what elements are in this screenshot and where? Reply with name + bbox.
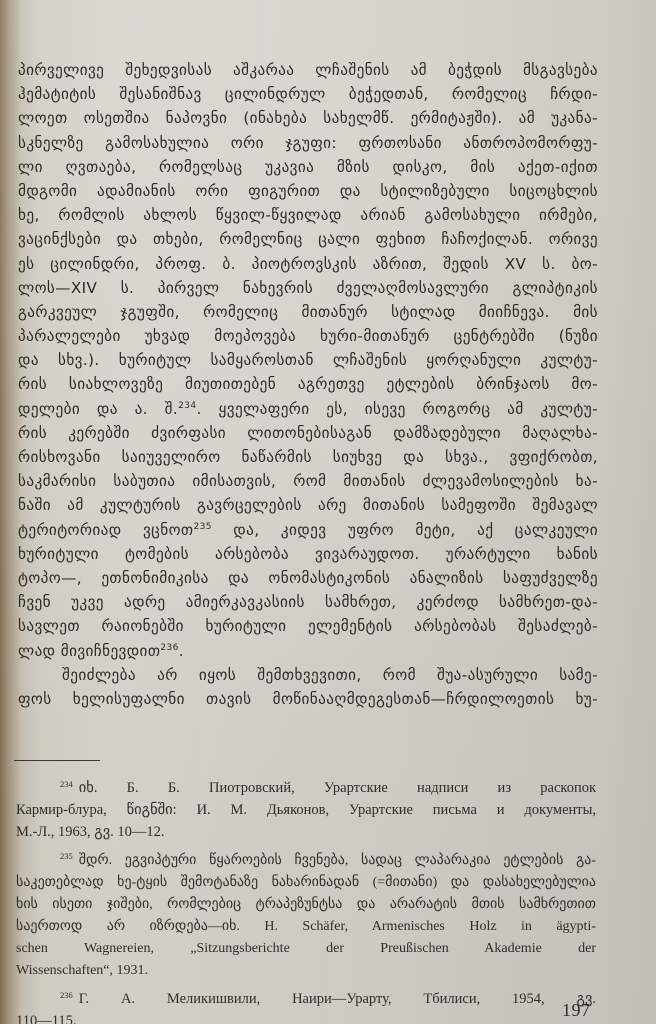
- text-line: ტოპო—, ეთნონიმიკისა და ონომასტიკონის ანა…: [18, 566, 598, 590]
- text-line: სკნელზე გამოსახულია ორი ჯგუფი: ფრთოსანი …: [18, 131, 598, 155]
- footnote-line: 236Г. А. Меликишвили, Наири—Урарту, Тбил…: [16, 984, 596, 1010]
- paragraph-2: შეიძლება არ იყოს შემთხვევითი, რომ შუა-ას…: [18, 663, 598, 711]
- footnotes: 234იხ. Б. Б. Пиотровский, Урартские надп…: [16, 773, 596, 1024]
- text-line: პარალელები უხვად მოეპოვება ხური-მითანურ …: [18, 324, 598, 348]
- text-line: ტერიტორიად ვცნოთ235 და, კიდევ უფრო მეტი,…: [18, 518, 598, 542]
- text-line: მდგომი ადამიანის ორი ფიგურით და სტილიზებ…: [18, 179, 598, 203]
- text-line: ნაში ამ კულტურის გავრცელების არე მითანის…: [18, 493, 598, 517]
- text-line: ლად მივიჩნევდით236.: [18, 639, 598, 663]
- text-line: საკმარისი საბუთია იმისათვის, რომ მითანის…: [18, 469, 598, 493]
- footnote-234: 234იხ. Б. Б. Пиотровский, Урартские надп…: [16, 773, 596, 843]
- text-line: და სხვ.). ხურიტულ სამყაროსთან ლჩაშენის ყ…: [18, 348, 598, 372]
- main-text: პირველივე შეხედვისას აშკარაა ლჩაშენის ამ…: [18, 58, 598, 711]
- text-line: ფოს ხელისუფალნი თავის მოწინააღმდეგესთან—…: [18, 687, 598, 711]
- text-line: რისხოვანი საიუველირო ნაწარმის სიუხვე და …: [18, 445, 598, 469]
- footnote-236: 236Г. А. Меликишвили, Наири—Урарту, Тбил…: [16, 984, 596, 1024]
- footnote-ref[interactable]: 235: [193, 522, 211, 532]
- text-line: ხურიტული ტომების არსებობა ვივარაუდოთ. ურ…: [18, 542, 598, 566]
- text-line: პირველივე შეხედვისას აშკარაა ლჩაშენის ამ…: [18, 58, 598, 82]
- paragraph-1: პირველივე შეხედვისას აშკარაა ლჩაშენის ამ…: [18, 58, 598, 663]
- text-line: დელები და ა. შ.234. ყველაფერი ეს, ისევე …: [18, 397, 598, 421]
- text-line: სავლეთ რაიონებში ხურიტული ელემენტის არსე…: [18, 614, 598, 638]
- footnote-line: schen Wagnereien, „Sitzungsberichte der …: [16, 938, 596, 960]
- text-line: ვაცინქსები და თხები, რომელნიც ცალი ფეხით…: [18, 227, 598, 251]
- book-page: პირველივე შეხედვისას აშკარაა ლჩაშენის ამ…: [0, 0, 656, 1024]
- footnote-line: ხის ისეთი ჯიშები, რომლებიც ტრაპეზუნტსა დ…: [16, 894, 596, 916]
- footnote-line: 234იხ. Б. Б. Пиотровский, Урартские надп…: [16, 773, 596, 799]
- text-line: რის კერებში ძვირფასი ლითონებისაგან დამზა…: [18, 421, 598, 445]
- footnote-ref[interactable]: 236: [160, 643, 178, 653]
- text-line: ლი ღვთაება, რომელსაც უკავია მზის დისკო, …: [18, 155, 598, 179]
- page-number: 197: [562, 1000, 591, 1021]
- footnote-number: 234: [60, 779, 73, 789]
- footnote-line: საერთოდ არ იზრდება—იხ. H. Schäfer, Armen…: [16, 916, 596, 938]
- text-line: ჩვენ უკვე ადრე ამიერკავკასიის სამხრეთ, კ…: [18, 590, 598, 614]
- footnote-line: 110—115.: [16, 1010, 596, 1024]
- text-line: ლოს—XIV ს. პირველ ნახევრის ძველაღმოსავლუ…: [18, 276, 598, 300]
- text-line: გარკვეულ ჯგუფში, რომელიც მითანურ სტილად …: [18, 300, 598, 324]
- footnote-line: საკეთებლად ხე-ტყის შემოტანაზე ნახარინადა…: [16, 872, 596, 894]
- footnote-separator: [14, 760, 100, 761]
- footnote-line: 235შდრ. ეგვიპტური წყაროების ჩვენება, სად…: [16, 845, 596, 872]
- footnote-number: 236: [60, 990, 73, 1000]
- footnote-line: М.-Л., 1963, გვ. 10—12.: [16, 821, 596, 843]
- text-line: ეს ცილინდრი, პროფ. ბ. პიოტროვსკის აზრით,…: [18, 252, 598, 276]
- footnote-235: 235შდრ. ეგვიპტური წყაროების ჩვენება, სად…: [16, 845, 596, 982]
- text-line: შეიძლება არ იყოს შემთხვევითი, რომ შუა-ას…: [18, 663, 598, 687]
- footnote-ref[interactable]: 234: [178, 401, 196, 411]
- footnote-number: 235: [60, 851, 73, 861]
- footnote-line: Wissenschaften“, 1931.: [16, 960, 596, 982]
- text-line: ხე, რომლის ახლოს წყვილ-წყვილად არიან გამ…: [18, 203, 598, 227]
- text-line: რის სიახლოვეზე მიუთითებენ აგრეთვე ეტლები…: [18, 372, 598, 396]
- text-line: ჰემატიტის შესანიშნავ ცილინდრულ ბეჭედთან,…: [18, 82, 598, 106]
- footnote-line: Кармир-блура, წიგნში: И. М. Дьяконов, Ур…: [16, 799, 596, 821]
- text-line: ლოეთ ოსეთშია ნაპოვნი (ინახება სახელმწ. ე…: [18, 106, 598, 130]
